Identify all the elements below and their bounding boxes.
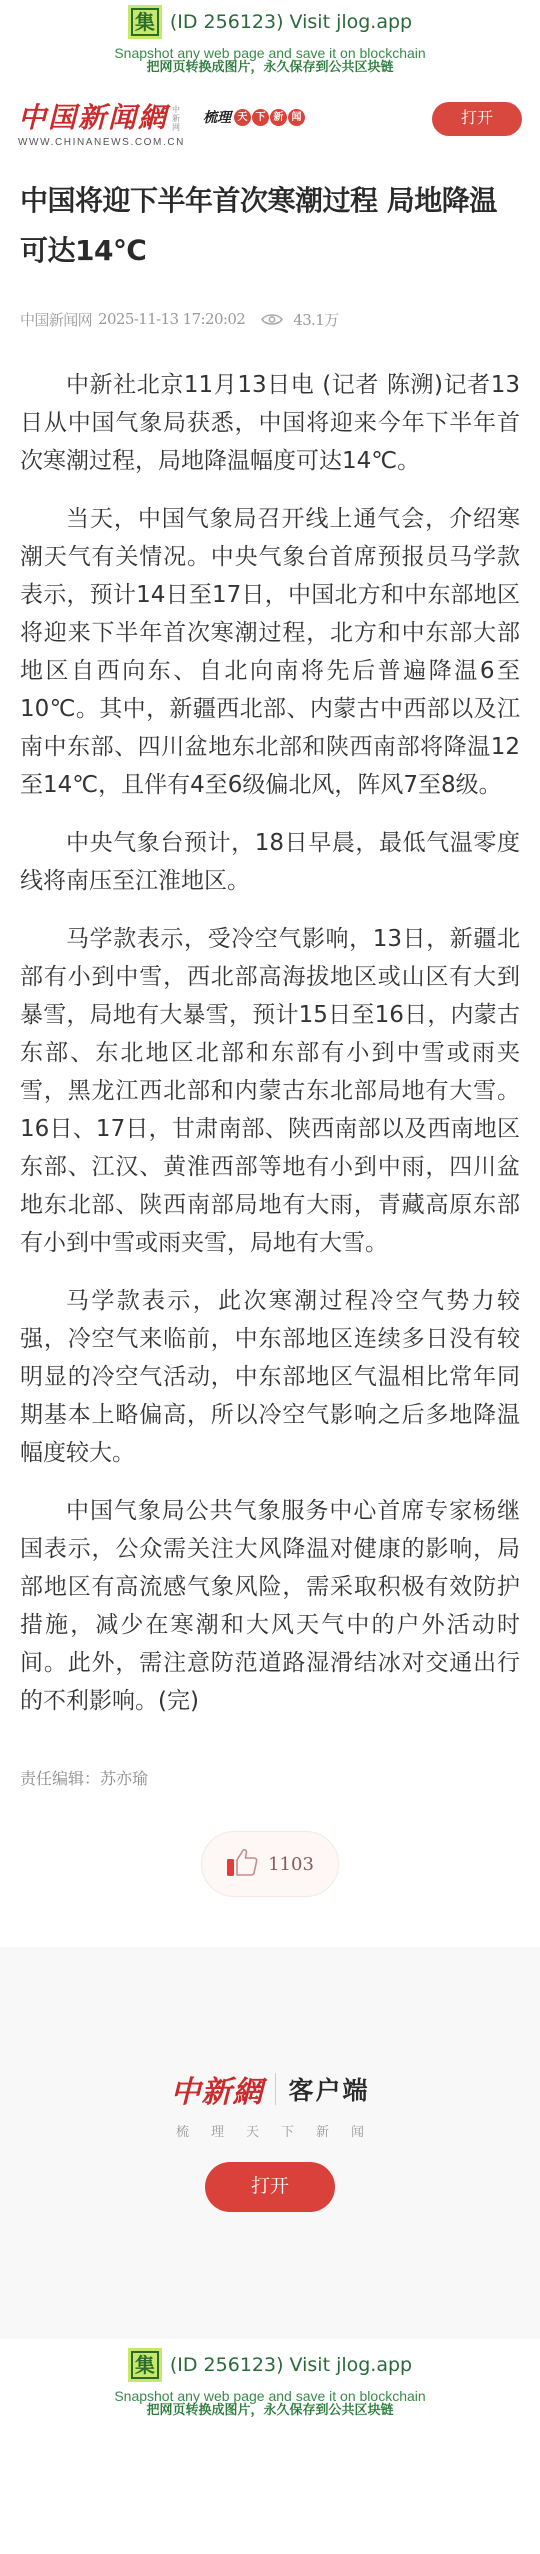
jlog-subtitle: Snapshot any web page and save it on blo…: [0, 46, 540, 60]
article-paragraph: 中国气象局公共气象服务中心首席专家杨继国表示，公众需关注大风降温对健康的影响，局…: [20, 1492, 520, 1720]
thumbs-up-icon: [226, 1847, 258, 1881]
article: 中国将迎下半年首次寒潮过程 局地降温可达14℃ 中国新闻网 2025-11-13…: [0, 176, 540, 1897]
article-datetime: 2025-11-13 17:20:02: [98, 310, 245, 328]
promo-logo: 中新網 客户端: [0, 2067, 540, 2111]
view-count: 43.1万: [293, 309, 338, 330]
article-meta: 中国新闻网 2025-11-13 17:20:02 43.1万: [20, 306, 520, 332]
logo-vertical-text: 中新网: [172, 105, 182, 132]
logo-url: WWW.CHINANEWS.COM.CN: [18, 137, 185, 148]
article-body: 中新社北京11月13日电 (记者 陈溯)记者13日从中国气象局获悉，中国将迎来今…: [20, 366, 520, 1720]
jlog-logo-icon: 集: [128, 2348, 162, 2382]
promo-tagline: 梳理天下新闻: [0, 2121, 540, 2140]
jlog-title[interactable]: (ID 256123) Visit jlog.app: [170, 2354, 412, 2376]
site-header: 中国新闻網 中新网 WWW.CHINANEWS.COM.CN 梳理 天 下 新 …: [0, 86, 540, 162]
article-source: 中国新闻网: [20, 309, 92, 330]
app-promo: 中新網 客户端 梳理天下新闻 打开: [0, 1947, 540, 2339]
slogan-char: 闻: [288, 109, 305, 126]
slogan-char: 天: [234, 109, 251, 126]
divider: [275, 2073, 276, 2105]
article-paragraph: 马学款表示，受冷空气影响，13日，新疆北部有小到中雪，西北部高海拔地区或山区有大…: [20, 920, 520, 1262]
article-paragraph: 马学款表示，此次寒潮过程冷空气势力较强，冷空气来临前，中东部地区连续多日没有较明…: [20, 1282, 520, 1472]
article-paragraph: 中央气象台预计，18日早晨，最低气温零度线将南压至江淮地区。: [20, 824, 520, 900]
promo-client-label: 客户端: [288, 2071, 369, 2107]
like-button[interactable]: 1103: [201, 1831, 339, 1897]
article-title: 中国将迎下半年首次寒潮过程 局地降温可达14℃: [20, 176, 520, 276]
article-paragraph: 中新社北京11月13日电 (记者 陈溯)记者13日从中国气象局获悉，中国将迎来今…: [20, 366, 520, 480]
promo-brand: 中新網: [170, 2067, 263, 2111]
header-slogan: 梳理 天 下 新 闻: [203, 107, 305, 127]
jlog-logo-icon: 集: [128, 5, 162, 39]
eye-icon: [261, 313, 283, 326]
jlog-title[interactable]: (ID 256123) Visit jlog.app: [170, 11, 412, 33]
open-app-button[interactable]: 打开: [432, 102, 522, 136]
jlog-banner-top: 集 (ID 256123) Visit jlog.app Snapshot an…: [0, 0, 540, 86]
responsible-editor: 责任编辑：苏亦瑜: [20, 1766, 520, 1789]
like-count: 1103: [268, 1854, 314, 1875]
slogan-char: 新: [270, 109, 287, 126]
jlog-subtitle-cn: 把网页转换成图片，永久保存到公共区块链: [0, 60, 540, 76]
article-paragraph: 当天，中国气象局召开线上通气会，介绍寒潮天气有关情况。中央气象台首席预报员马学款…: [20, 500, 520, 804]
open-app-button-bottom[interactable]: 打开: [205, 2162, 335, 2212]
jlog-banner-bottom: 集 (ID 256123) Visit jlog.app Snapshot an…: [0, 2339, 540, 2433]
logo-text: 中国新闻網: [18, 101, 168, 135]
jlog-subtitle: Snapshot any web page and save it on blo…: [0, 2389, 540, 2403]
site-logo[interactable]: 中国新闻網 中新网 WWW.CHINANEWS.COM.CN: [18, 101, 185, 148]
slogan-char: 下: [252, 109, 269, 126]
jlog-subtitle-cn: 把网页转换成图片，永久保存到公共区块链: [0, 2403, 540, 2419]
